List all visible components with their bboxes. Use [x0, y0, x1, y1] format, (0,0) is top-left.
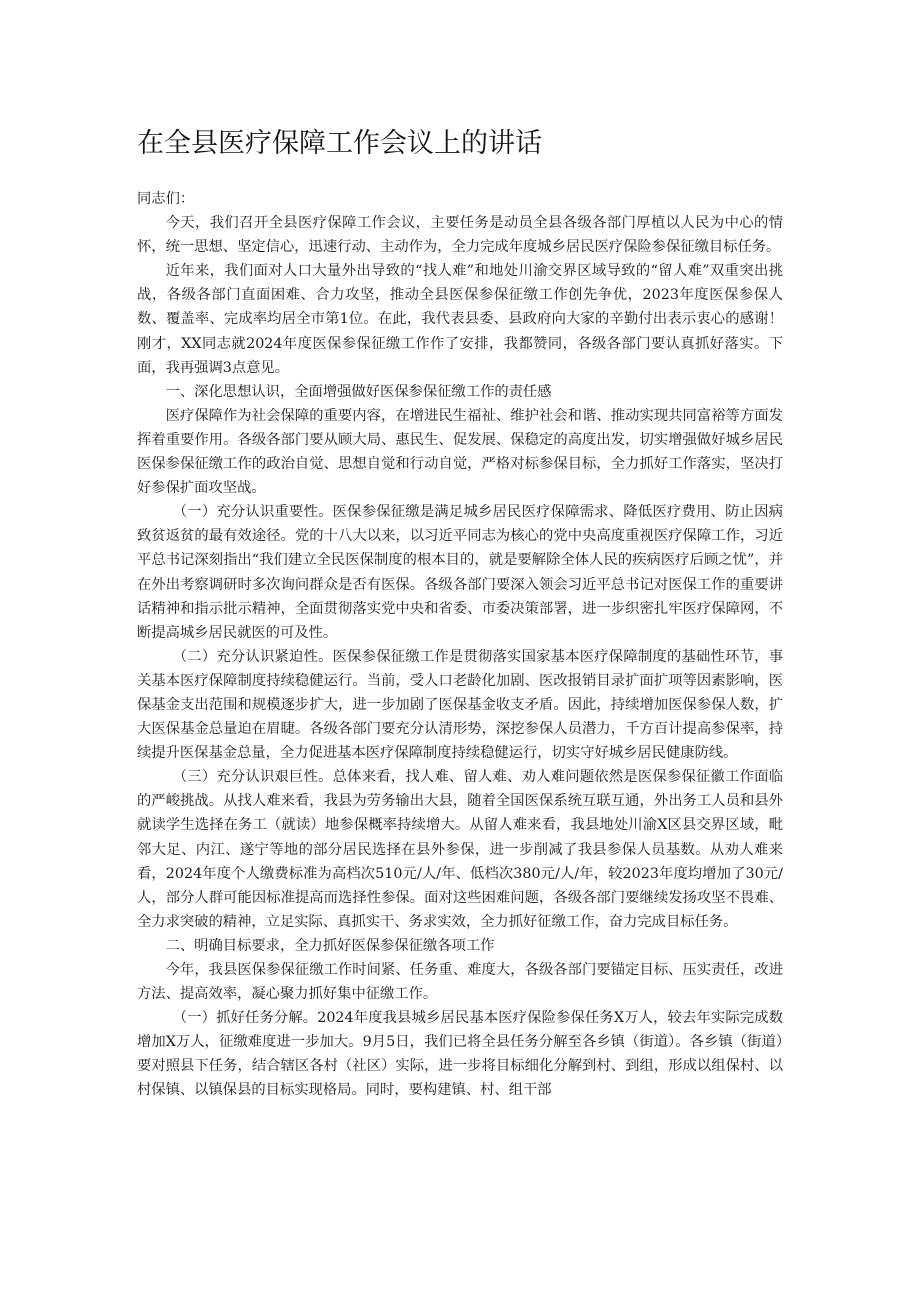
section-2-intro: 今年，我县医保参保征缴工作时间紧、任务重、难度大，各级各部门要锚定目标、压实责任…: [137, 958, 783, 1006]
section-1-item-1: （一）充分认识重要性。医保参保征缴是满足城乡居民医疗保障需求、降低医疗费用、防止…: [137, 500, 783, 645]
section-2-heading: 二、明确目标要求，全力抓好医保参保征缴各项工作: [137, 934, 783, 958]
section-1-item-2: （二）充分认识紧迫性。医保参保征缴工作是贯彻落实国家基本医疗保障制度的基础性环节…: [137, 645, 783, 765]
section-2-item-1: （一）抓好任务分解。2024年度我县城乡居民基本医疗保险参保任务X万人，较去年实…: [137, 1006, 783, 1102]
section-1-intro: 医疗保障作为社会保障的重要内容，在增进民生福祉、维护社会和谐、推动实现共同富裕等…: [137, 404, 783, 500]
document-title: 在全县医疗保障工作会议上的讲话: [137, 124, 783, 164]
section-1-heading: 一、深化思想认识，全面增强做好医保参保征缴工作的责任感: [137, 380, 783, 404]
document-page: 在全县医疗保障工作会议上的讲话 同志们： 今天，我们召开全县医疗保障工作会议，主…: [137, 124, 783, 1103]
opening-paragraph: 今天，我们召开全县医疗保障工作会议，主要任务是动员全县各级各部门厚植以人民为中心…: [137, 211, 783, 259]
background-paragraph: 近年来，我们面对人口大量外出导致的“找人难”和地处川渝交界区域导致的“留人难”双…: [137, 259, 783, 379]
section-1-item-3: （三）充分认识艰巨性。总体来看，找人难、留人难、劝人难问题依然是医保参保征徽工作…: [137, 765, 783, 934]
salutation: 同志们：: [137, 187, 783, 211]
